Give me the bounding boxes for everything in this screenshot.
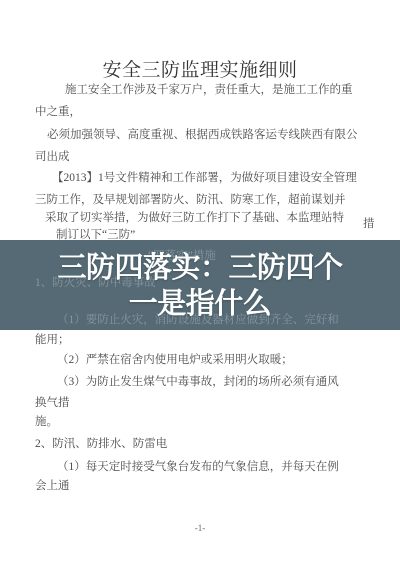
doc-line: 能用； (35, 333, 70, 347)
doc-line: 司出成 (35, 150, 70, 164)
doc-line: 必须加强领导、高度重视、根据西成铁路客运专线陕西有限公 (47, 128, 358, 142)
doc-line: 三防工作，及早规划部署防火、防汛、防寒工作，超前谋划并 (35, 193, 346, 207)
doc-line: 2、防汛、防排水、防雷电 (35, 437, 167, 451)
caption-overlay-title: 三防四落实：三防四个 一是指什么 (0, 240, 400, 330)
doc-line: 施工安全工作涉及千家万户，责任重大，是施工工作的重 (65, 83, 353, 97)
caption-line-1: 三防四落实：三防四个 (57, 249, 342, 285)
caption-line-2: 一是指什么 (129, 285, 272, 321)
doc-line: （3）为防止发生煤气中毒事故，封闭的场所必须有通风 (57, 375, 339, 389)
document-page: 安全三防监理实施细则 施工安全工作涉及千家万户，责任重大，是施工工作的重中之重，… (0, 0, 400, 566)
doc-line: 会上通 (35, 479, 70, 493)
doc-line: （1）每天定时接受气象台发布的气象信息，并每天在例 (57, 460, 339, 474)
document-title: 安全三防监理实施细则 (0, 55, 400, 82)
doc-line: 【2013】1号文件精神和工作部署，为做好项目建设安全管理 (52, 171, 357, 185)
doc-line: 措 (363, 217, 375, 231)
doc-line: （2）严禁在宿舍内使用电炉或采用明火取暖； (57, 353, 293, 367)
doc-line: 施。 (35, 415, 58, 429)
page-number: -1- (0, 523, 400, 533)
doc-line: 换气措 (35, 396, 70, 410)
doc-line: 采取了切实举措，为做好三防工作打下了基础、本监理站特 (45, 211, 344, 225)
doc-line: 中之重， (35, 105, 81, 119)
